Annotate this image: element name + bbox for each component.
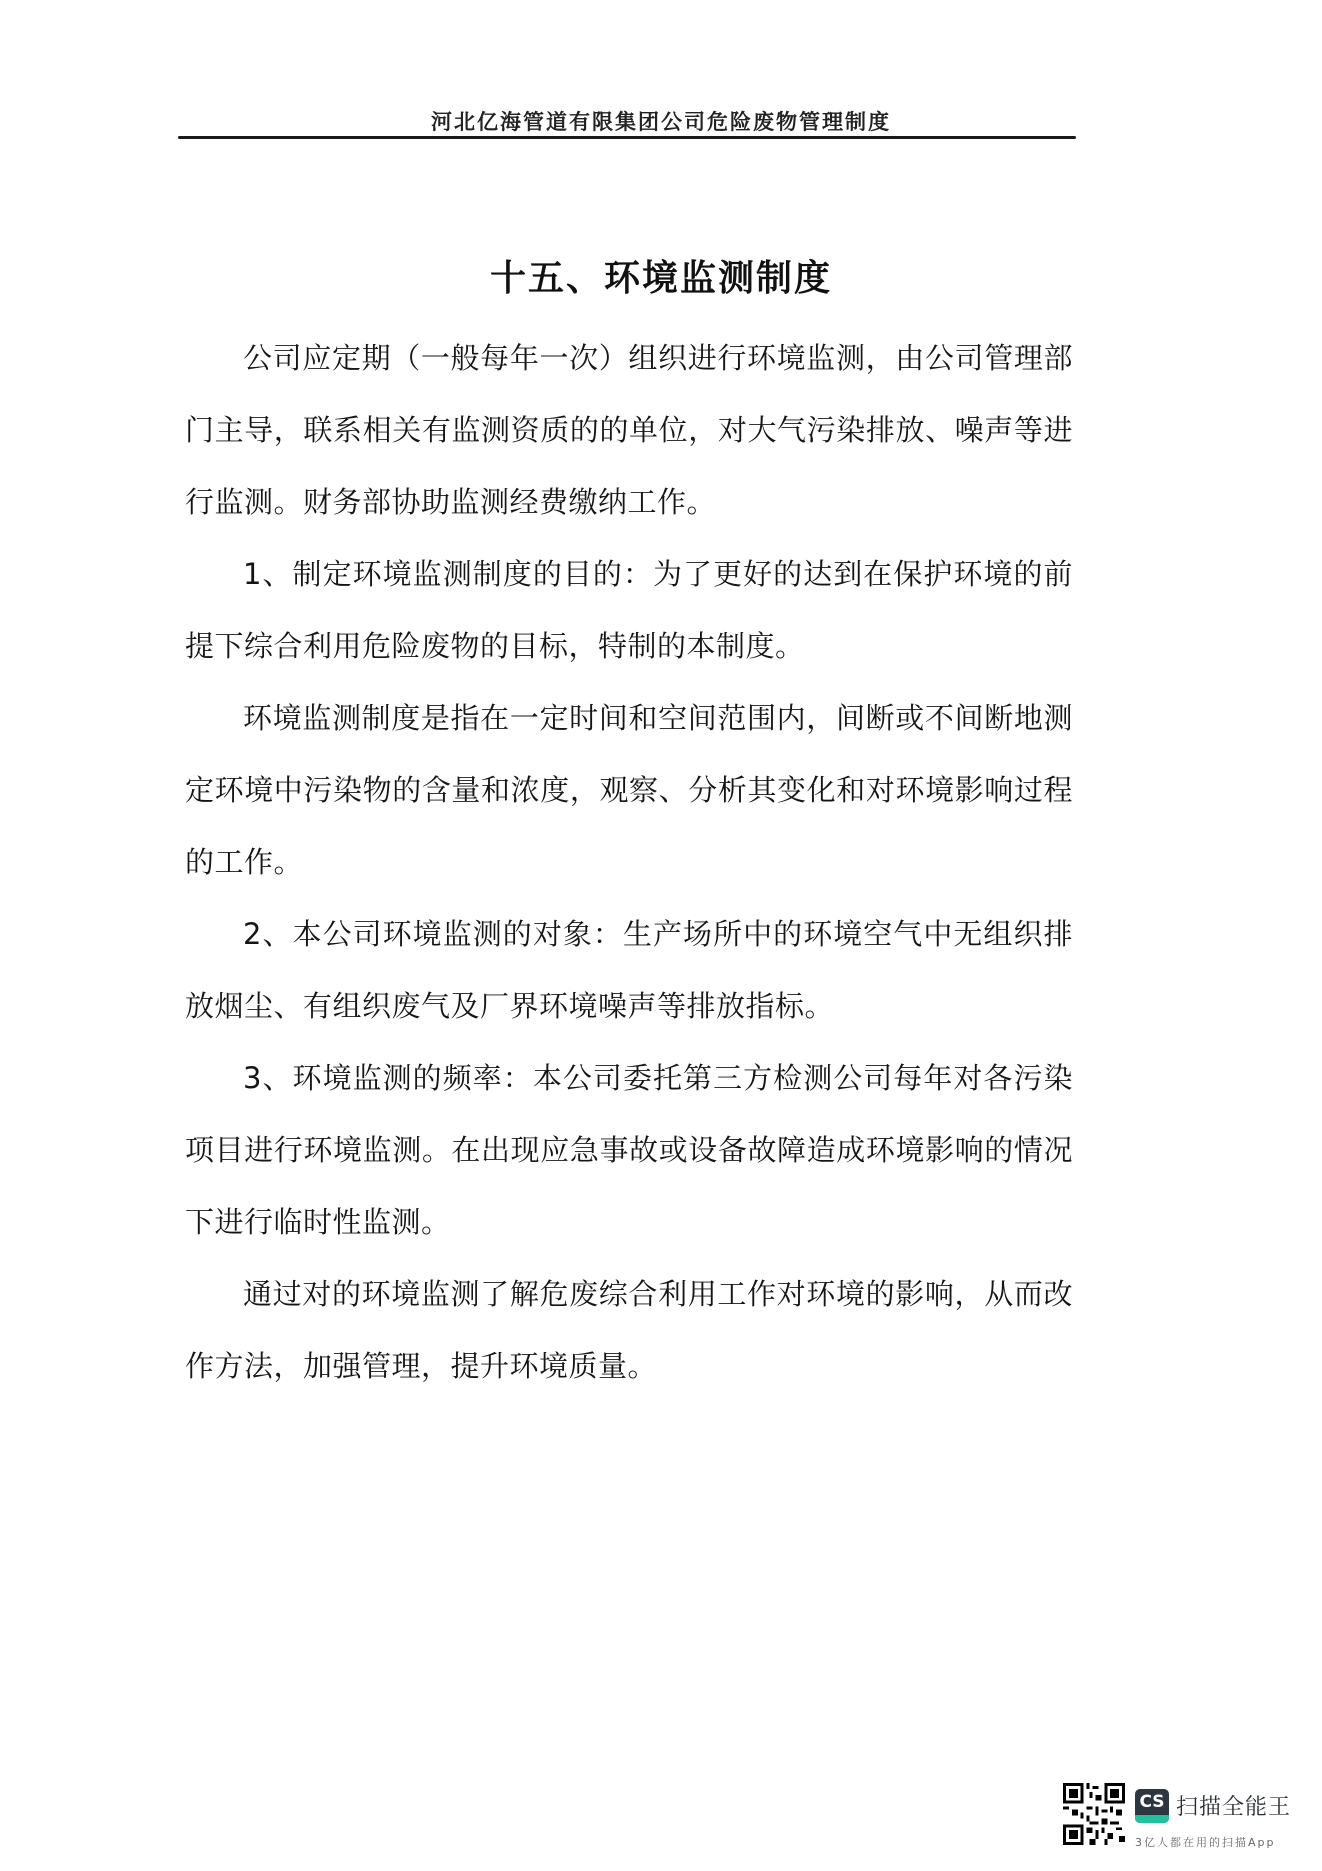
paragraph-frequency: 3、环境监测的频率：本公司委托第三方检测公司每年对各污染项目进行环境监测。在出现… [185,1042,1073,1258]
paragraph-intro: 公司应定期（一般每年一次）组织进行环境监测，由公司管理部门主导，联系相关有监测资… [185,322,1073,538]
header-divider [178,136,1076,139]
watermark-tagline: 3亿人都在用的扫描App [1135,1834,1276,1850]
paragraph-purpose: 1、制定环境监测制度的目的：为了更好的达到在保护环境的前提下综合利用危险废物的目… [185,538,1073,682]
document-body: 公司应定期（一般每年一次）组织进行环境监测，由公司管理部门主导，联系相关有监测资… [185,322,1073,1402]
logo-text: CS [1135,1792,1169,1812]
qr-code-icon [1063,1783,1125,1845]
logo-accent-bar [1135,1815,1169,1823]
camscanner-logo-icon: CS [1135,1789,1169,1823]
section-title: 十五、环境监测制度 [0,250,1322,301]
paragraph-objects: 2、本公司环境监测的对象：生产场所中的环境空气中无组织排放烟尘、有组织废气及厂界… [185,898,1073,1042]
watermark-brand: 扫描全能王 [1176,1790,1291,1821]
paragraph-definition: 环境监测制度是指在一定时间和空间范围内，间断或不间断地测定环境中污染物的含量和浓… [185,682,1073,898]
paragraph-conclusion: 通过对的环境监测了解危废综合利用工作对环境的影响，从而改作方法，加强管理，提升环… [185,1258,1073,1402]
running-header-title: 河北亿海管道有限集团公司危险废物管理制度 [0,106,1322,136]
